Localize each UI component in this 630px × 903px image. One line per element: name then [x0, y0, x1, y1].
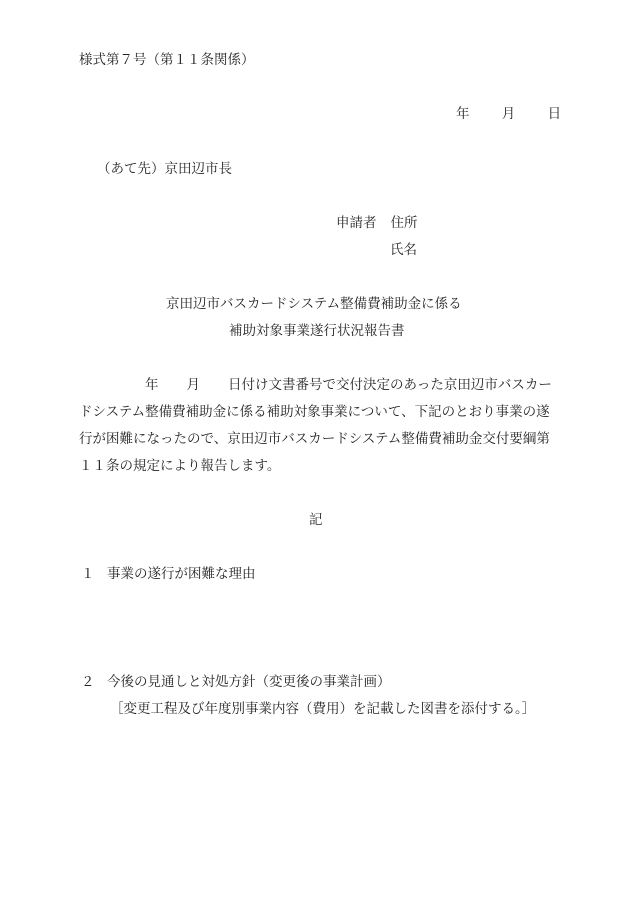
- body-line4: １１条の規定により報告します。: [79, 458, 280, 474]
- addressee: （あて先）京田辺市長: [97, 161, 232, 177]
- name-label: 氏名: [390, 242, 417, 258]
- date-line: 年 月 日: [456, 106, 561, 122]
- body-year-label: 年: [145, 377, 159, 393]
- body-line1: 年月日付け文書番号で交付決定のあった京田辺市バスカー: [79, 377, 552, 393]
- item-2: ２今後の見通しと対処方針（変更後の事業計画）: [81, 674, 391, 690]
- item-1-number: １: [81, 566, 107, 582]
- body-line1-text: 日付け文書番号で交付決定のあった京田辺市バスカー: [228, 377, 552, 393]
- item-2-note: ［変更工程及び年度別事業内容（費用）を記載した図書を添付する。］: [110, 701, 535, 717]
- body-line3: 行が困難になったので、京田辺市バスカードシステム整備費補助金交付要綱第: [79, 431, 550, 447]
- item-1-text: 事業の遂行が困難な理由: [107, 566, 256, 582]
- date-day-label: 日: [548, 106, 562, 122]
- date-month-label: 月: [502, 106, 516, 122]
- applicant-address-line: 申請者住所: [336, 215, 418, 231]
- body-month-label: 月: [187, 377, 201, 393]
- item-2-text: 今後の見通しと対処方針（変更後の事業計画）: [107, 674, 391, 690]
- document-title-line2: 補助対象事業遂行状況報告書: [229, 323, 405, 339]
- applicant-label: 申請者: [336, 215, 377, 231]
- date-year-label: 年: [456, 106, 470, 122]
- body-line2: ドシステム整備費補助金に係る補助対象事業について、下記のとおり事業の遂: [79, 404, 550, 420]
- form-number: 様式第７号（第１１条関係）: [79, 52, 255, 68]
- item-2-number: ２: [81, 674, 107, 690]
- document-title-line1: 京田辺市バスカードシステム整備費補助金に係る: [166, 296, 462, 312]
- item-1: １事業の遂行が困難な理由: [81, 566, 256, 582]
- address-label: 住所: [391, 215, 418, 231]
- ki-heading: 記: [309, 512, 323, 528]
